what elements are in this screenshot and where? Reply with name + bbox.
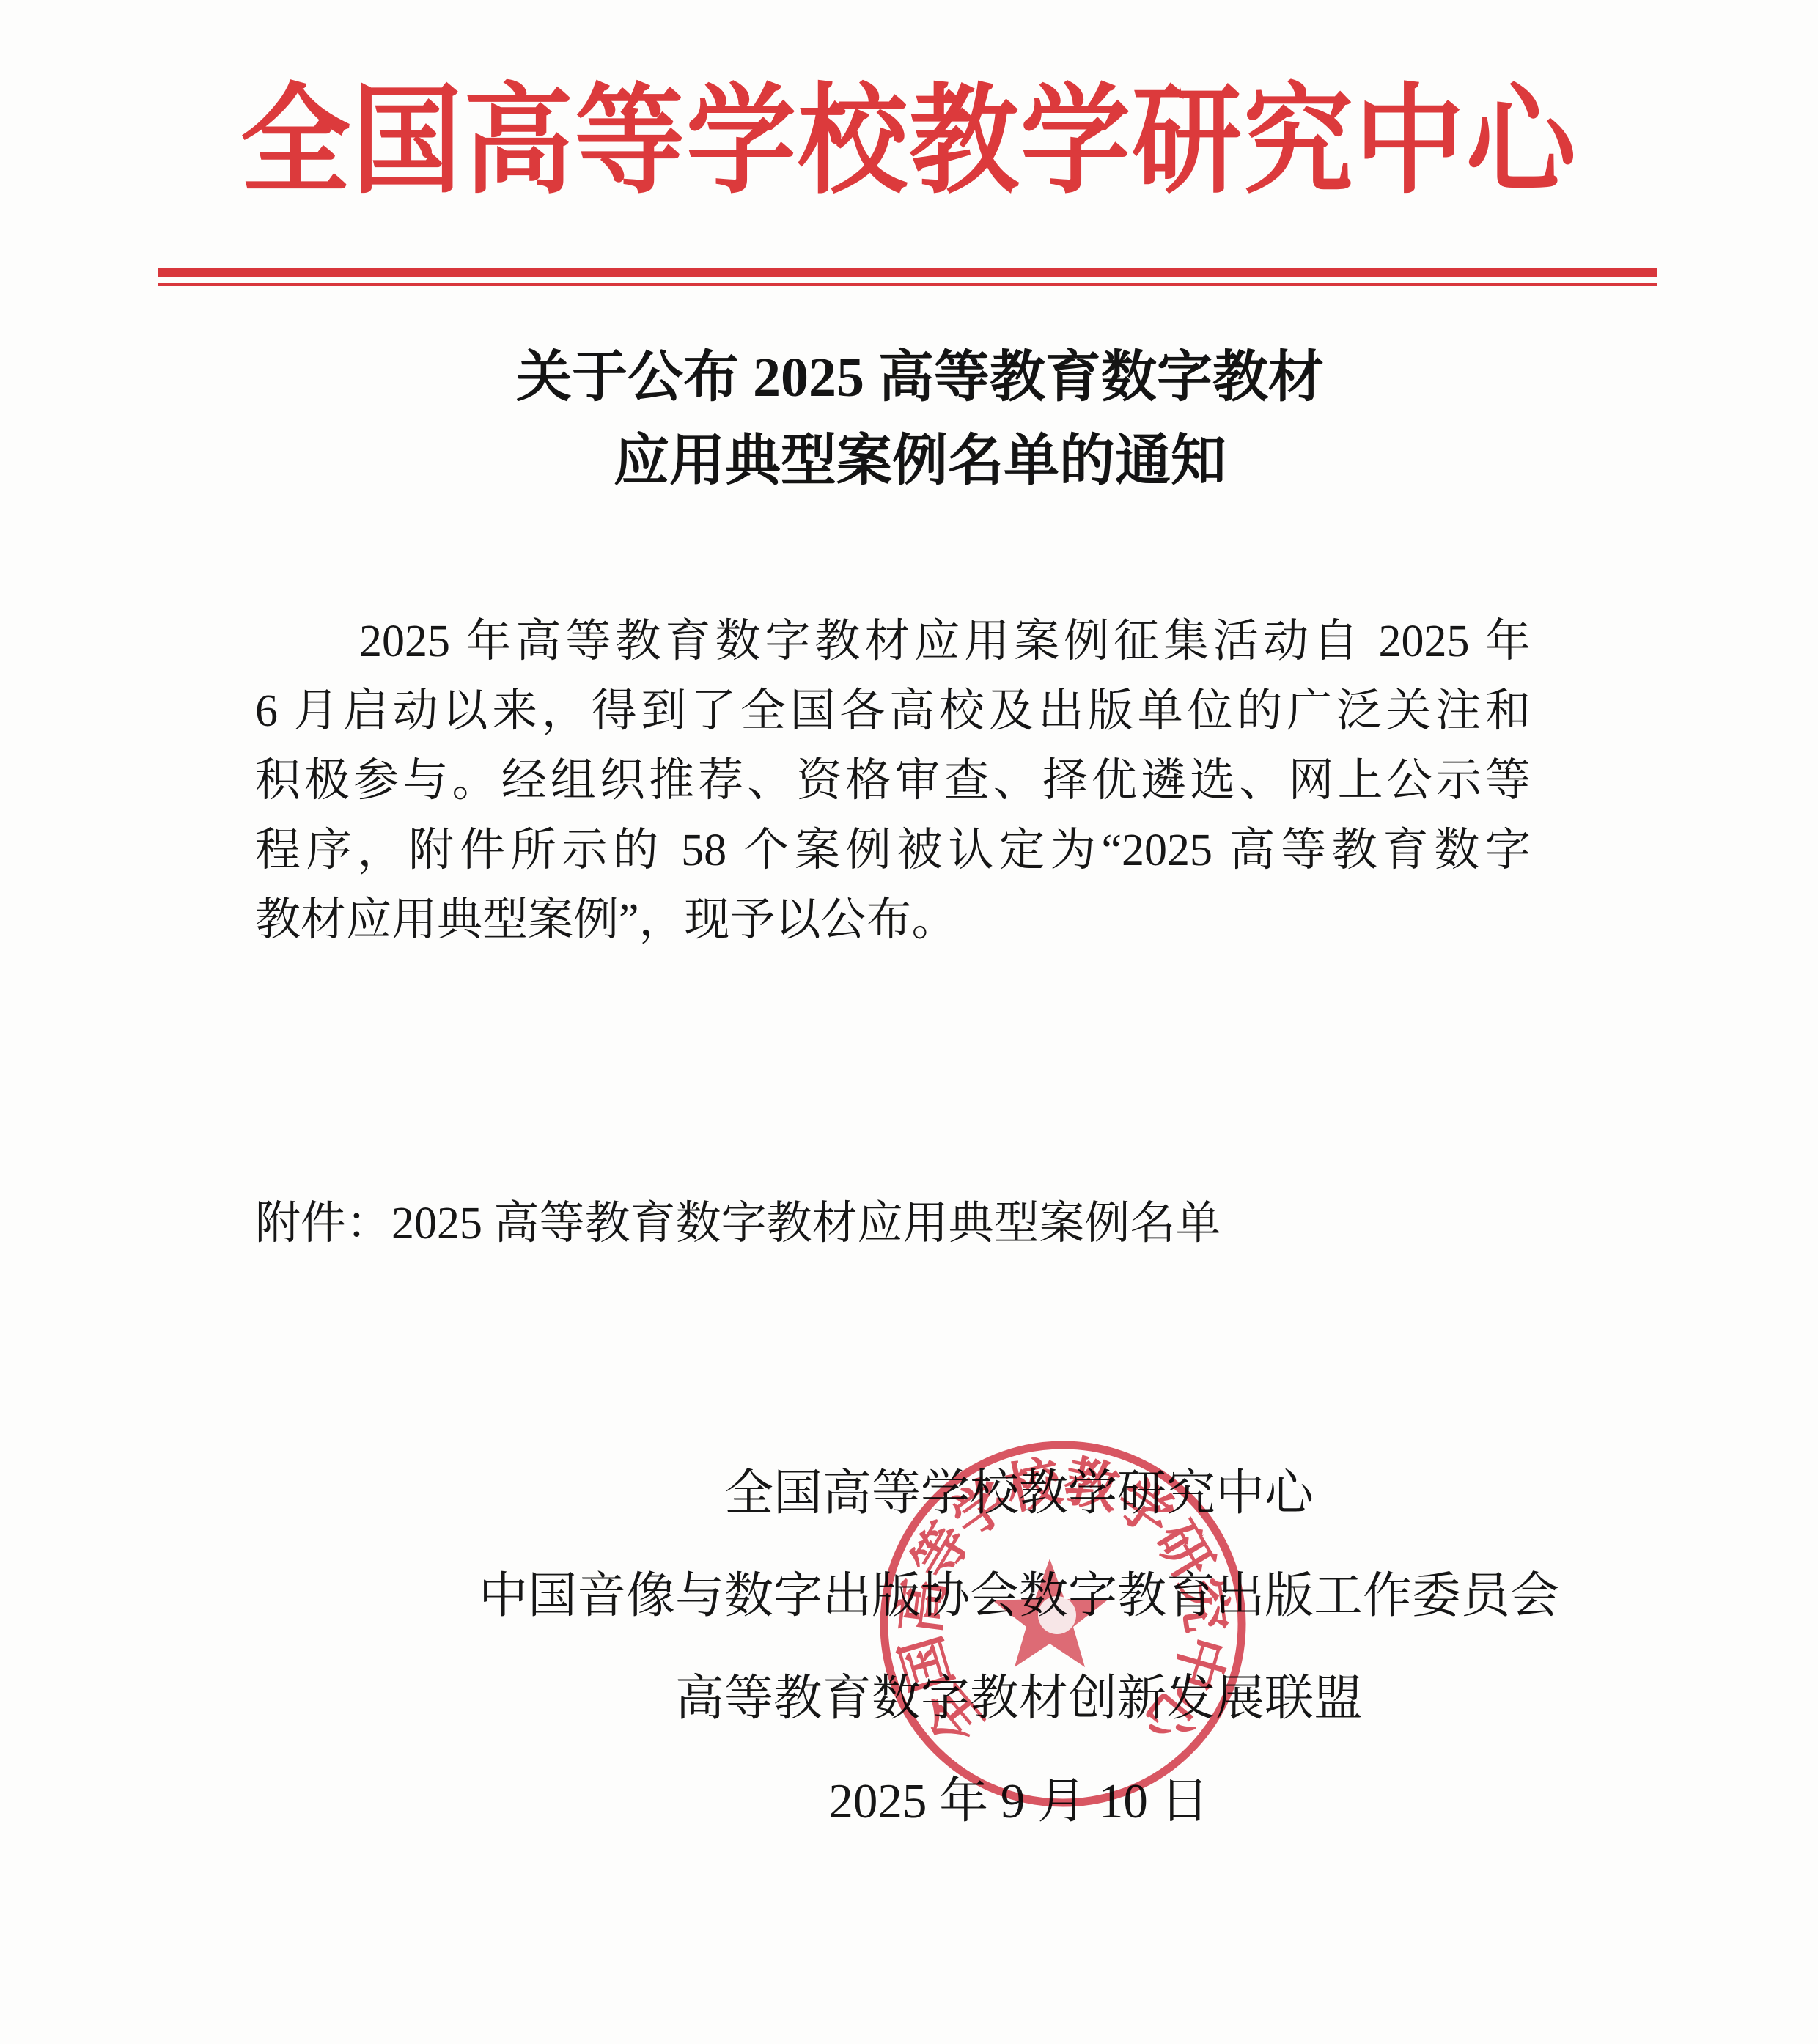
body-line-5: 教材应用典型案例”，现予以公布。 xyxy=(255,886,1531,955)
body-line-4: 程序，附件所示的 58 个案例被认定为“2025 高等教育数字 xyxy=(255,816,1531,886)
signature-date: 2025 年 9 月 10 日 xyxy=(469,1750,1569,1853)
signature-org-2: 中国音像与数字出版协会数字教育出版工作委员会 xyxy=(469,1545,1569,1647)
body-line-2: 6 月启动以来，得到了全国各高校及出版单位的广泛关注和 xyxy=(255,677,1531,746)
document-title-line2: 应用典型案例名单的通知 xyxy=(11,419,1818,503)
signature-org-3: 高等教育数字教材创新发展联盟 xyxy=(469,1647,1569,1750)
body-line-1: 2025 年高等教育数字教材应用案例征集活动自 2025 年 xyxy=(255,607,1531,677)
signature-block: 全国高等学校教学研究中心 中国音像与数字出版协会数字教育出版工作委员会 高等教育… xyxy=(469,1442,1569,1853)
document-title-line1: 关于公布 2025 高等教育数字教材 xyxy=(11,336,1818,419)
attachment-line: 附件：2025 高等教育数字教材应用典型案例名单 xyxy=(255,1189,1648,1259)
body-paragraph: 2025 年高等教育数字教材应用案例征集活动自 2025 年 6 月启动以来，得… xyxy=(255,607,1531,955)
letterhead-rule-thin xyxy=(158,283,1657,286)
document-title: 关于公布 2025 高等教育数字教材 应用典型案例名单的通知 xyxy=(11,336,1818,503)
body-line-3: 积极参与。经组织推荐、资格审查、择优遴选、网上公示等 xyxy=(255,746,1531,816)
letterhead-title: 全国高等学校教学研究中心 xyxy=(0,73,1818,212)
letterhead-rule-thick xyxy=(158,268,1657,277)
signature-org-1: 全国高等学校教学研究中心 xyxy=(469,1442,1569,1545)
scanned-notice-page: 全国高等学校教学研究中心 关于公布 2025 高等教育数字教材 应用典型案例名单… xyxy=(0,0,1818,2044)
